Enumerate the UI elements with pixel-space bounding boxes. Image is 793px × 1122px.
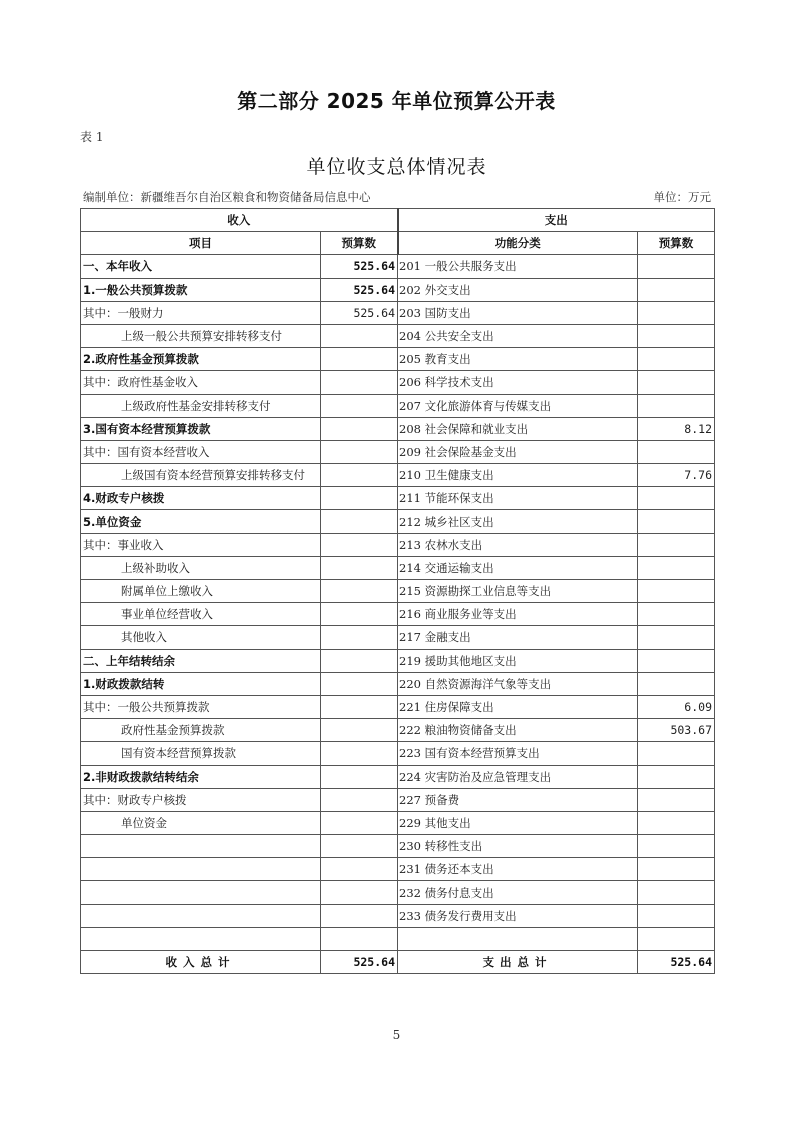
income-budget-value xyxy=(321,626,398,649)
income-item: 政府性基金预算拨款 xyxy=(81,719,321,742)
table-row: 政府性基金预算拨款222 粮油物资储备支出503.67 xyxy=(81,719,715,742)
table-row: 230 转移性支出 xyxy=(81,835,715,858)
expense-function: 230 转移性支出 xyxy=(398,835,638,858)
income-item: 3.国有资本经营预算拨款 xyxy=(81,417,321,440)
table-row: 3.国有资本经营预算拨款208 社会保障和就业支出8.12 xyxy=(81,417,715,440)
income-budget-value xyxy=(321,672,398,695)
expense-function: 219 援助其他地区支出 xyxy=(398,649,638,672)
table-row: 国有资本经营预算拨款223 国有资本经营预算支出 xyxy=(81,742,715,765)
expense-budget-value xyxy=(638,440,715,463)
table-row: 其中：一般财力525.64203 国防支出 xyxy=(81,301,715,324)
expense-budget-value xyxy=(638,835,715,858)
income-item: 其中：政府性基金收入 xyxy=(81,371,321,394)
income-item: 附属单位上缴收入 xyxy=(81,580,321,603)
income-item: 4.财政专户核拨 xyxy=(81,487,321,510)
col-header-item: 项目 xyxy=(81,232,321,255)
income-item: 其中：财政专户核拨 xyxy=(81,788,321,811)
total-row: 收入总计 525.64 支出总计 525.64 xyxy=(81,951,715,974)
table-row: 233 债务发行费用支出 xyxy=(81,904,715,927)
expense-function: 207 文化旅游体育与传媒支出 xyxy=(398,394,638,417)
expense-budget-value xyxy=(638,348,715,371)
table-row: 其中：事业收入213 农林水支出 xyxy=(81,533,715,556)
section-header-row: 收入 支出 xyxy=(81,209,715,232)
expense-function: 227 预备费 xyxy=(398,788,638,811)
expense-budget-value xyxy=(638,742,715,765)
income-item xyxy=(81,927,321,950)
income-item: 1.财政拨款结转 xyxy=(81,672,321,695)
table-row: 其他收入217 金融支出 xyxy=(81,626,715,649)
income-item: 上级政府性基金安排转移支付 xyxy=(81,394,321,417)
income-budget-value xyxy=(321,580,398,603)
income-budget-value xyxy=(321,603,398,626)
expense-total-label: 支出总计 xyxy=(398,951,638,974)
income-budget-value xyxy=(321,556,398,579)
expense-budget-value xyxy=(638,301,715,324)
income-item: 上级国有资本经营预算安排转移支付 xyxy=(81,464,321,487)
income-budget-value xyxy=(321,487,398,510)
income-budget-value xyxy=(321,464,398,487)
income-item: 上级一般公共预算安排转移支付 xyxy=(81,324,321,347)
income-total-value: 525.64 xyxy=(321,951,398,974)
expense-function: 204 公共安全支出 xyxy=(398,324,638,347)
income-budget-value xyxy=(321,348,398,371)
col-header-income-budget: 预算数 xyxy=(321,232,398,255)
income-budget-value xyxy=(321,881,398,904)
income-expense-table: 收入 支出 项目 预算数 功能分类 预算数 一、本年收入525.64201 一般… xyxy=(80,208,715,974)
table-row: 一、本年收入525.64201 一般公共服务支出 xyxy=(81,255,715,278)
table-meta: 编制单位：新疆维吾尔自治区粮食和物资储备局信息中心 单位：万元 xyxy=(83,189,711,205)
expense-function: 211 节能环保支出 xyxy=(398,487,638,510)
expense-budget-value: 8.12 xyxy=(638,417,715,440)
expense-function: 231 债务还本支出 xyxy=(398,858,638,881)
expense-function: 210 卫生健康支出 xyxy=(398,464,638,487)
table-row xyxy=(81,927,715,950)
income-budget-value xyxy=(321,440,398,463)
expense-function: 216 商业服务业等支出 xyxy=(398,603,638,626)
income-budget-value xyxy=(321,649,398,672)
expense-function: 224 灾害防治及应急管理支出 xyxy=(398,765,638,788)
expense-budget-value xyxy=(638,788,715,811)
income-item: 其他收入 xyxy=(81,626,321,649)
income-header: 收入 xyxy=(81,209,398,232)
table-row: 1.财政拨款结转220 自然资源海洋气象等支出 xyxy=(81,672,715,695)
income-budget-value xyxy=(321,788,398,811)
table-row: 2.非财政拨款结转结余224 灾害防治及应急管理支出 xyxy=(81,765,715,788)
expense-function: 217 金融支出 xyxy=(398,626,638,649)
expense-budget-value xyxy=(638,556,715,579)
expense-function: 214 交通运输支出 xyxy=(398,556,638,579)
expense-budget-value xyxy=(638,324,715,347)
table-row: 二、上年结转结余219 援助其他地区支出 xyxy=(81,649,715,672)
income-budget-value xyxy=(321,742,398,765)
expense-function: 223 国有资本经营预算支出 xyxy=(398,742,638,765)
expense-budget-value xyxy=(638,580,715,603)
income-item: 5.单位资金 xyxy=(81,510,321,533)
table-row: 附属单位上缴收入215 资源勘探工业信息等支出 xyxy=(81,580,715,603)
income-item: 一、本年收入 xyxy=(81,255,321,278)
expense-budget-value xyxy=(638,626,715,649)
expense-function: 201 一般公共服务支出 xyxy=(398,255,638,278)
currency-unit: 单位：万元 xyxy=(654,189,712,205)
table-row: 事业单位经营收入216 商业服务业等支出 xyxy=(81,603,715,626)
table-row: 4.财政专户核拨211 节能环保支出 xyxy=(81,487,715,510)
table-row: 上级一般公共预算安排转移支付204 公共安全支出 xyxy=(81,324,715,347)
table-row: 单位资金229 其他支出 xyxy=(81,811,715,834)
table-row: 其中：国有资本经营收入209 社会保险基金支出 xyxy=(81,440,715,463)
expense-function xyxy=(398,927,638,950)
table-number: 表 1 xyxy=(80,128,103,145)
table-row: 其中：一般公共预算拨款221 住房保障支出6.09 xyxy=(81,695,715,718)
expense-function: 208 社会保障和就业支出 xyxy=(398,417,638,440)
expense-function: 205 教育支出 xyxy=(398,348,638,371)
expense-function: 233 债务发行费用支出 xyxy=(398,904,638,927)
table-row: 上级政府性基金安排转移支付207 文化旅游体育与传媒支出 xyxy=(81,394,715,417)
expense-budget-value xyxy=(638,278,715,301)
income-budget-value xyxy=(321,765,398,788)
table-row: 上级国有资本经营预算安排转移支付210 卫生健康支出7.76 xyxy=(81,464,715,487)
expense-header: 支出 xyxy=(398,209,715,232)
expense-budget-value xyxy=(638,881,715,904)
compiler-unit: 编制单位：新疆维吾尔自治区粮食和物资储备局信息中心 xyxy=(83,189,371,205)
income-item: 上级补助收入 xyxy=(81,556,321,579)
income-item xyxy=(81,835,321,858)
income-item xyxy=(81,858,321,881)
table-row: 其中：财政专户核拨227 预备费 xyxy=(81,788,715,811)
income-item: 国有资本经营预算拨款 xyxy=(81,742,321,765)
table-row: 其中：政府性基金收入206 科学技术支出 xyxy=(81,371,715,394)
expense-function: 229 其他支出 xyxy=(398,811,638,834)
income-item: 1.一般公共预算拨款 xyxy=(81,278,321,301)
expense-budget-value xyxy=(638,533,715,556)
income-item xyxy=(81,904,321,927)
expense-function: 206 科学技术支出 xyxy=(398,371,638,394)
income-budget-value xyxy=(321,811,398,834)
income-budget-value xyxy=(321,835,398,858)
expense-budget-value: 7.76 xyxy=(638,464,715,487)
income-budget-value xyxy=(321,927,398,950)
expense-function: 212 城乡社区支出 xyxy=(398,510,638,533)
table-row: 5.单位资金212 城乡社区支出 xyxy=(81,510,715,533)
income-budget-value xyxy=(321,719,398,742)
expense-function: 220 自然资源海洋气象等支出 xyxy=(398,672,638,695)
expense-function: 221 住房保障支出 xyxy=(398,695,638,718)
income-budget-value xyxy=(321,533,398,556)
income-item: 其中：事业收入 xyxy=(81,533,321,556)
expense-budget-value xyxy=(638,649,715,672)
expense-budget-value: 6.09 xyxy=(638,695,715,718)
table-row: 2.政府性基金预算拨款205 教育支出 xyxy=(81,348,715,371)
income-item: 事业单位经营收入 xyxy=(81,603,321,626)
expense-total-value: 525.64 xyxy=(638,951,715,974)
col-header-expense-budget: 预算数 xyxy=(638,232,715,255)
page-title: 第二部分 2025 年单位预算公开表 xyxy=(0,85,793,114)
income-budget-value: 525.64 xyxy=(321,301,398,324)
expense-function: 203 国防支出 xyxy=(398,301,638,324)
expense-budget-value xyxy=(638,765,715,788)
expense-budget-value xyxy=(638,603,715,626)
income-item: 二、上年结转结余 xyxy=(81,649,321,672)
income-item xyxy=(81,881,321,904)
page-number: 5 xyxy=(0,1028,793,1042)
expense-function: 209 社会保险基金支出 xyxy=(398,440,638,463)
expense-budget-value xyxy=(638,811,715,834)
expense-budget-value xyxy=(638,255,715,278)
income-budget-value: 525.64 xyxy=(321,278,398,301)
expense-function: 215 资源勘探工业信息等支出 xyxy=(398,580,638,603)
income-item: 其中：一般公共预算拨款 xyxy=(81,695,321,718)
income-budget-value xyxy=(321,904,398,927)
income-item: 2.政府性基金预算拨款 xyxy=(81,348,321,371)
column-header-row: 项目 预算数 功能分类 预算数 xyxy=(81,232,715,255)
expense-budget-value xyxy=(638,904,715,927)
expense-budget-value xyxy=(638,394,715,417)
table-row: 上级补助收入214 交通运输支出 xyxy=(81,556,715,579)
income-budget-value xyxy=(321,510,398,533)
expense-function: 222 粮油物资储备支出 xyxy=(398,719,638,742)
col-header-function: 功能分类 xyxy=(398,232,638,255)
table-title: 单位收支总体情况表 xyxy=(0,152,793,179)
table-row: 232 债务付息支出 xyxy=(81,881,715,904)
expense-budget-value xyxy=(638,672,715,695)
table-row: 1.一般公共预算拨款525.64202 外交支出 xyxy=(81,278,715,301)
income-item: 其中：国有资本经营收入 xyxy=(81,440,321,463)
expense-function: 202 外交支出 xyxy=(398,278,638,301)
income-item: 其中：一般财力 xyxy=(81,301,321,324)
income-item: 单位资金 xyxy=(81,811,321,834)
income-budget-value xyxy=(321,324,398,347)
income-budget-value xyxy=(321,417,398,440)
income-budget-value xyxy=(321,695,398,718)
income-budget-value xyxy=(321,371,398,394)
expense-budget-value: 503.67 xyxy=(638,719,715,742)
expense-budget-value xyxy=(638,371,715,394)
expense-budget-value xyxy=(638,510,715,533)
income-budget-value xyxy=(321,858,398,881)
income-budget-value xyxy=(321,394,398,417)
expense-budget-value xyxy=(638,927,715,950)
income-total-label: 收入总计 xyxy=(81,951,321,974)
expense-budget-value xyxy=(638,858,715,881)
expense-function: 213 农林水支出 xyxy=(398,533,638,556)
expense-function: 232 债务付息支出 xyxy=(398,881,638,904)
table-row: 231 债务还本支出 xyxy=(81,858,715,881)
expense-budget-value xyxy=(638,487,715,510)
income-item: 2.非财政拨款结转结余 xyxy=(81,765,321,788)
income-budget-value: 525.64 xyxy=(321,255,398,278)
